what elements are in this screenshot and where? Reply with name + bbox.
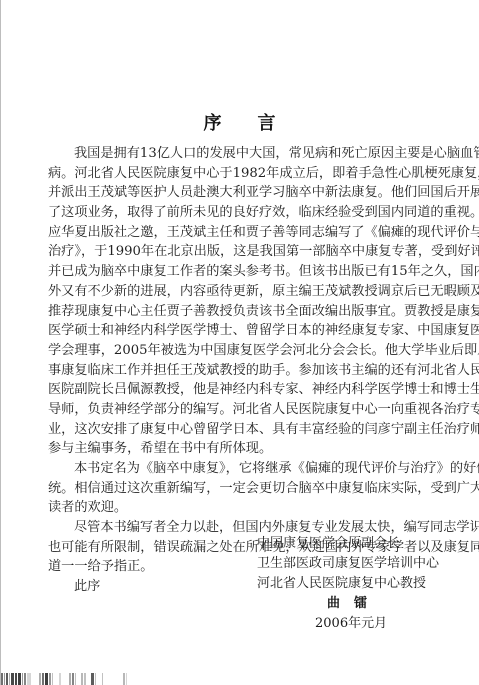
- title-char-2: 言: [258, 109, 276, 135]
- preface-body: 我国是拥有13亿人口的发展中大国，常见病和死亡原因主要是心脑血管 病。河北省人民…: [48, 144, 442, 597]
- text-line: 应华夏出版社之邀，王茂斌主任和贾子善等同志编写了《偏瘫的现代评价与: [48, 223, 442, 243]
- text-line: 推荐现康复中心主任贾子善教授负责该书全面改编出版事宜。贾教授是康复: [48, 302, 442, 322]
- text-line: 事康复临床工作并担任王茂斌教授的助手。参加该书主编的还有河北省人民: [48, 361, 442, 381]
- text-line: 我国是拥有13亿人口的发展中大国，常见病和死亡原因主要是心脑血管: [48, 144, 442, 164]
- text-line: 医院副院长吕佩源教授，他是神经内科专家、神经内科学医学博士和博士生: [48, 380, 442, 400]
- scan-artifact-strip: [1, 673, 301, 685]
- signature-date: 2006年元月: [257, 614, 457, 634]
- text-line: 参与主编事务，希望在书中有所体现。: [48, 439, 442, 459]
- signature-block: 中国康复医学会原副会长 卫生部医政司康复医学培训中心 河北省人民医院康复中心教授…: [257, 534, 457, 634]
- signature-title: 中国康复医学会原副会长: [257, 534, 457, 554]
- text-line: 导师，负责神经学部分的编写。河北省人民医院康复中心一向重视各治疗专: [48, 400, 442, 420]
- text-line: 本书定名为《脑卒中康复》，它将继承《偏瘫的现代评价与治疗》的好传: [48, 459, 442, 479]
- page-title: 序言: [0, 109, 479, 135]
- text-line: 读者的欢迎。: [48, 498, 442, 518]
- text-line: 治疗》，于1990年在北京出版，这是我国第一部脑卒中康复专著，受到好评: [48, 242, 442, 262]
- text-line: 外又有不少新的进展，内容亟待更新，原主编王茂斌教授调京后已无暇顾及，: [48, 282, 442, 302]
- text-line: 统。相信通过这次重新编写，一定会更切合脑卒中康复临床实际，受到广大: [48, 479, 442, 499]
- text-line: 业，这次安排了康复中心曾留学日本、具有丰富经验的闫彦宁副主任治疗师: [48, 420, 442, 440]
- text-line: 学会理事，2005年被选为中国康复医学会河北分会会长。他大学毕业后即从: [48, 341, 442, 361]
- title-char-1: 序: [204, 109, 222, 135]
- text-line: 并派出王茂斌等医护人员赴澳大利亚学习脑卒中新法康复。他们回国后开展: [48, 183, 442, 203]
- document-page: 序言 我国是拥有13亿人口的发展中大国，常见病和死亡原因主要是心脑血管 病。河北…: [0, 0, 479, 685]
- signature-name: 曲镭: [257, 594, 457, 614]
- text-line: 并已成为脑卒中康复工作者的案头参考书。但该书出版已有15年之久，国内: [48, 262, 442, 282]
- text-line: 了这项业务，取得了前所未见的良好疗效，临床经验受到国内同道的重视。: [48, 203, 442, 223]
- text-line: 医学硕士和神经内科学医学博士、曾留学日本的神经康复专家、中国康复医: [48, 321, 442, 341]
- text-line: 病。河北省人民医院康复中心于1982年成立后，即着手急性心肌梗死康复，: [48, 164, 442, 184]
- signature-title: 河北省人民医院康复中心教授: [257, 574, 457, 594]
- signature-title: 卫生部医政司康复医学培训中心: [257, 554, 457, 574]
- scan-edge: [0, 0, 1, 685]
